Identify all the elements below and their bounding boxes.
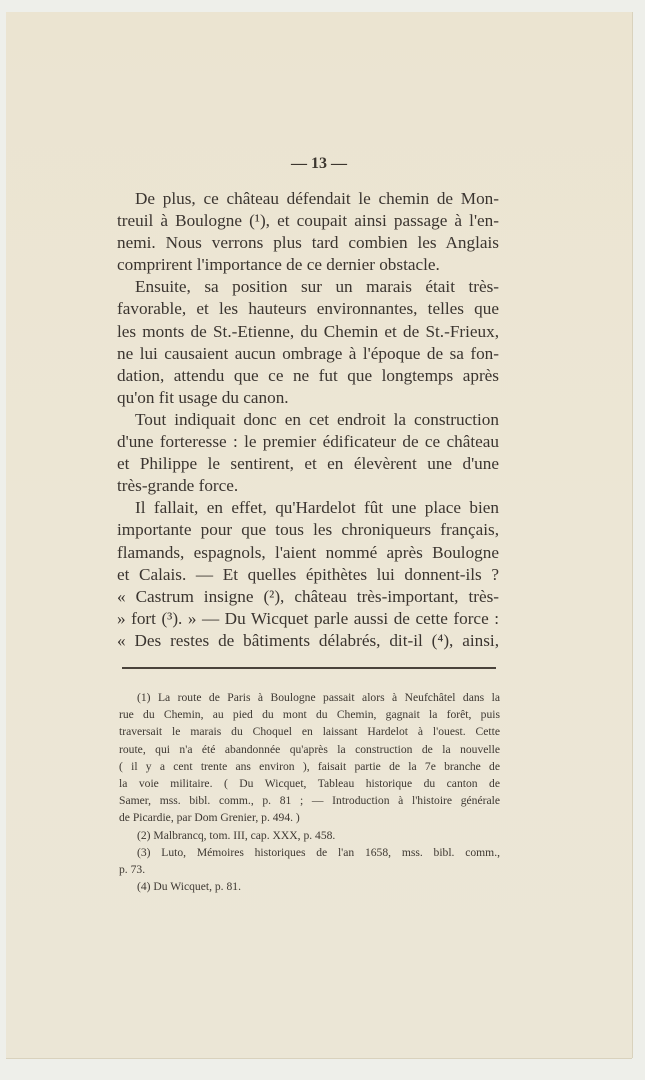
body-line: nemi. Nous verrons plus tard combien les… [117,232,499,254]
body-line: très-grande force. [117,475,499,497]
body-line: et Calais. — Et quelles épithètes lui do… [117,564,499,586]
footnote-line: route, qui n'a été abandonnée qu'après l… [119,741,500,758]
body-line: dation, attendu que ce ne fut que longte… [117,365,499,387]
footnote-line: traversait le marais du Choquel en laiss… [119,723,500,740]
body-text: De plus, ce château défendait le chemin … [117,188,499,652]
body-line: qu'on fit usage du canon. [117,387,499,409]
footnote-line: la voie militaire. ( Du Wicquet, Tableau… [119,775,500,792]
book-page: — 13 — De plus, ce château défendait le … [6,12,632,1058]
footnote-divider [122,667,496,669]
body-line: comprirent l'importance de ce dernier ob… [117,254,499,276]
body-line: « Castrum insigne (²), château très-impo… [117,586,499,608]
body-line: De plus, ce château défendait le chemin … [117,188,499,210]
body-line: d'une forteresse : le premier édificateu… [117,431,499,453]
footnote-line: Samer, mss. bibl. comm., p. 81 ; — Intro… [119,792,500,809]
body-line: Il fallait, en effet, qu'Hardelot fût un… [117,497,499,519]
footnote-line: rue du Chemin, au pied du mont du Chemin… [119,706,500,723]
body-line: treuil à Boulogne (¹), et coupait ainsi … [117,210,499,232]
body-line: ne lui causaient aucun ombrage à l'époqu… [117,343,499,365]
footnote-line: ( il y a cent trente ans environ ), fais… [119,758,500,775]
body-line: favorable, et les hauteurs environnantes… [117,298,499,320]
body-line: importante pour que tous les chroniqueur… [117,519,499,541]
body-line: flamands, espagnols, l'aient nommé après… [117,542,499,564]
body-line: » fort (³). » — Du Wicquet parle aussi d… [117,608,499,630]
body-line: « Des restes de bâtiments délabrés, dit-… [117,630,499,652]
page-number: — 13 — [6,155,632,173]
body-line: et Philippe le sentirent, et en élevèren… [117,453,499,475]
footnote-line: p. 73. [119,861,500,878]
body-line: Tout indiquait donc en cet endroit la co… [117,409,499,431]
body-line: les monts de St.-Etienne, du Chemin et d… [117,321,499,343]
footnote-line: (4) Du Wicquet, p. 81. [119,878,500,895]
footnote-line: (3) Luto, Mémoires historiques de l'an 1… [119,844,500,861]
footnote-line: (2) Malbrancq, tom. III, cap. XXX, p. 45… [119,827,500,844]
footnotes: (1) La route de Paris à Boulogne passait… [119,689,500,895]
body-line: Ensuite, sa position sur un marais était… [117,276,499,298]
footnote-line: (1) La route de Paris à Boulogne passait… [119,689,500,706]
footnote-line: de Picardie, par Dom Grenier, p. 494. ) [119,809,500,826]
